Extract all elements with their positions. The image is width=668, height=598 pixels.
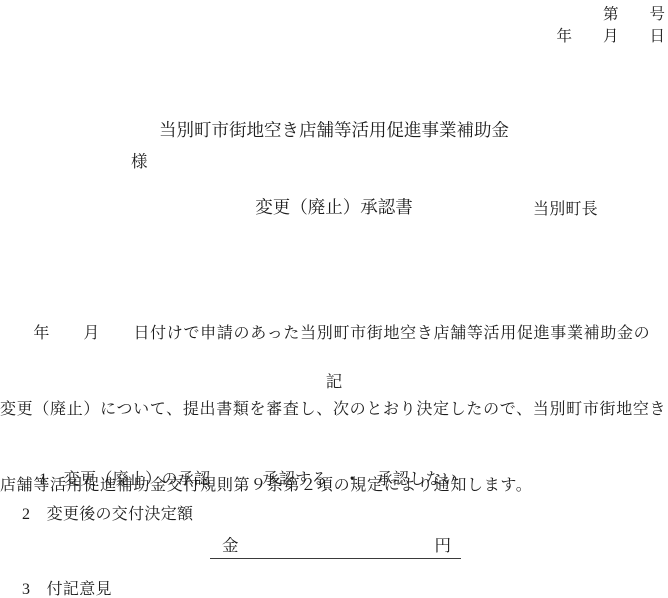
item-1-label: 1 変更（廃止）の承認 [39,471,210,488]
body-line-2: 変更（廃止）について、提出書類を審査し、次のとおり決定したので、当別町市街地空き [0,397,668,422]
document-title: 当別町市街地空き店舗等活用促進事業補助金 変更（廃止）承認書 [0,67,668,271]
item-1-choices: 承認する ・ 承認しない [263,471,459,488]
item-3-remarks: 3 付記意見 [22,576,112,598]
amount-fill-line: 金 円 [210,535,461,559]
amount-prefix-yen-label: 金 [222,532,239,556]
item-2-grant-amount: 2 変更後の交付決定額 [22,501,193,524]
amount-suffix-yen-label: 円 [435,532,452,556]
body-line-1: 年 月 日付けで申請のあった当別町市街地空き店舗等活用促進事業補助金の [0,321,668,346]
approval-document-page: 第 号 年 月 日 当別町市街地空き店舗等活用促進事業補助金 変更（廃止）承認書… [0,0,668,598]
addressee-suffix: 様 [131,148,148,172]
section-mark-ki: 記 [0,368,668,392]
sender-title: 当別町長 [533,196,598,219]
document-number-line: 第 号 [603,2,665,24]
document-date-line: 年 月 日 [556,24,665,46]
document-title-line1: 当別町市街地空き店舗等活用促進事業補助金 [0,118,668,144]
item-1-approval: 1 変更（廃止）の承認承認する ・ 承認しない [22,448,458,507]
